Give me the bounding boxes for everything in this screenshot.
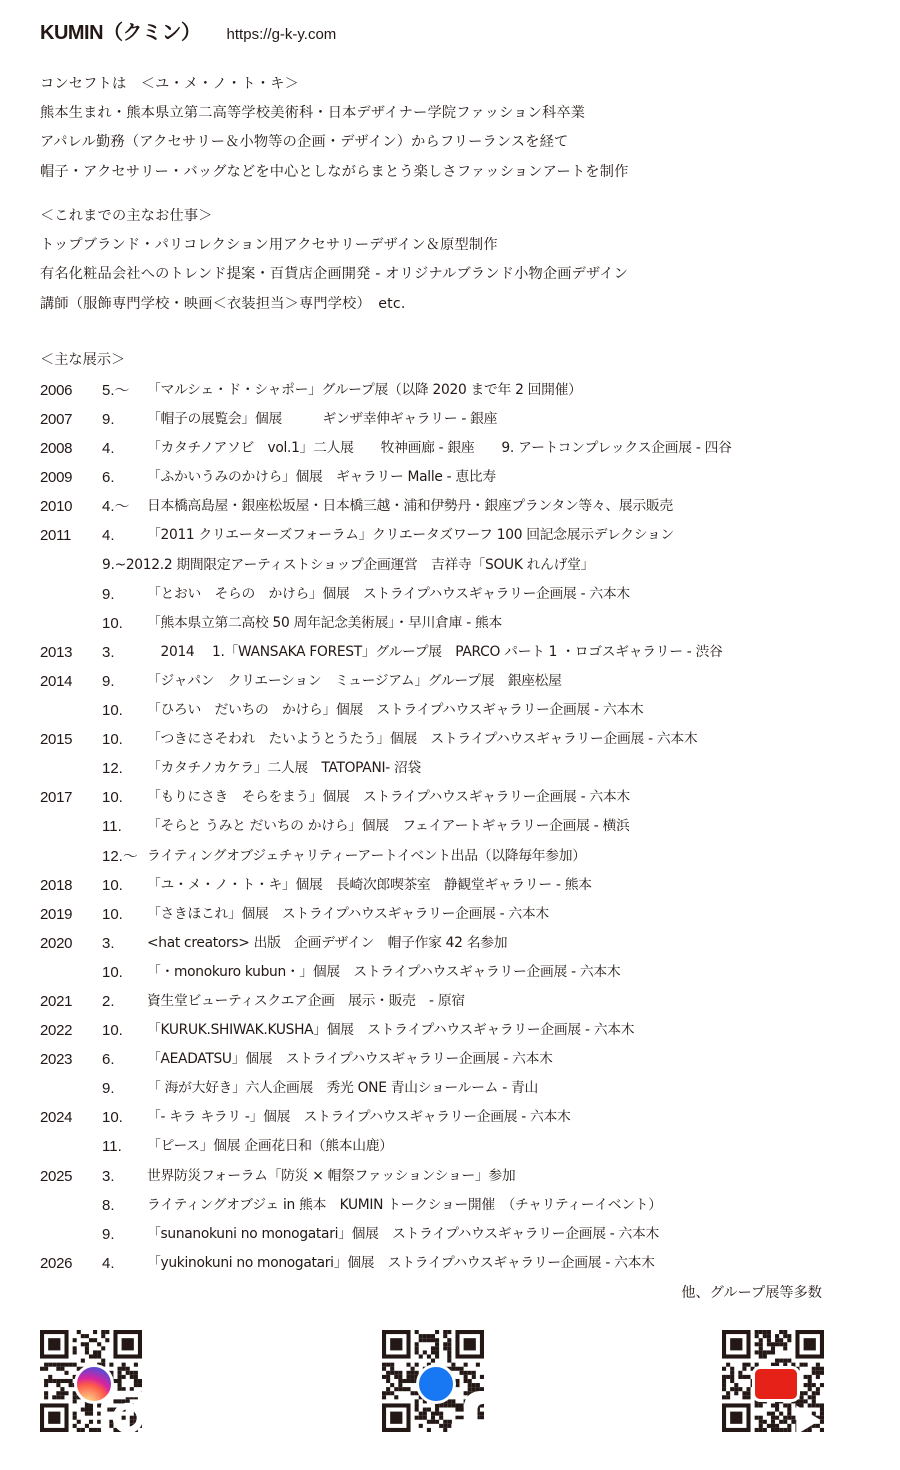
exhibition-description: 資生堂ビューティスクエア企画 展示・販売 - 原宿 bbox=[147, 987, 465, 1016]
exhibition-month: 3. bbox=[102, 929, 115, 958]
exhibition-year: 2023 bbox=[40, 1045, 72, 1074]
exhibition-description: 「そらと うみと だいちの かけら」個展 フェイアートギャラリー企画展 - 横浜 bbox=[147, 812, 629, 841]
intro-line: 帽子・アクセサリー・バッグなどを中心としながらまとう楽しさファッションアートを制… bbox=[40, 158, 628, 187]
exhibition-description: 「カタチノアソビ vol.1」二人展 牧神画廊 - 銀座 9. アートコンプレッ… bbox=[147, 434, 732, 463]
exhibition-year: 2021 bbox=[40, 987, 72, 1016]
exhibition-month: 2. bbox=[102, 987, 115, 1016]
exhibition-month: 4.～ bbox=[102, 492, 130, 521]
exhibition-description: 「ピース」個展 企画花日和（熊本山鹿） bbox=[147, 1132, 393, 1161]
works-title: ＜これまでの主なお仕事＞ bbox=[40, 202, 628, 231]
exhibition-description: 「もりにさき そらをまう」個展 ストライプハウスギャラリー企画展 - 六本木 bbox=[147, 783, 630, 812]
intro-line: アパレル勤務（アクセサリー＆小物等の企画・デザイン）からフリーランスを経て bbox=[40, 128, 628, 157]
exhibition-month: 10. bbox=[102, 1016, 123, 1045]
exhibition-month: 4. bbox=[102, 434, 115, 463]
exhibition-description: 「ふかいうみのかけら」個展 ギャラリー Malle - 恵比寿 bbox=[147, 463, 496, 492]
exhibition-description: 「カタチノカケラ」二人展 TATOPANI- 沼袋 bbox=[147, 754, 421, 783]
exhibition-description: 2014 1.「WANSAKA FOREST」グループ展 PARCO パート 1… bbox=[147, 638, 723, 667]
exhibition-month: 11. bbox=[102, 812, 122, 841]
exhibition-month: 5.～ bbox=[102, 376, 130, 405]
intro-line: 熊本生まれ・熊本県立第二高等学校美術科・日本デザイナー学院ファッション科卒業 bbox=[40, 99, 628, 128]
exhibition-year: 2010 bbox=[40, 492, 72, 521]
exhibition-description: 「とおい そらの かけら」個展 ストライプハウスギャラリー企画展 - 六本木 bbox=[147, 580, 630, 609]
exhibition-description: ライティングオブジェチャリティーアートイベント出品（以降毎年参加） bbox=[147, 842, 586, 871]
exhibition-month: 4. bbox=[102, 521, 115, 550]
footer-note: 他、グループ展等多数 bbox=[681, 1282, 822, 1302]
exhibition-year: 2026 bbox=[40, 1249, 72, 1278]
exhibition-description: 「熊本県立第二高校 50 周年記念美術展」・早川倉庫 - 熊本 bbox=[147, 609, 502, 638]
instagram-qr-code[interactable] bbox=[40, 1330, 142, 1432]
header: KUMIN（クミン） https://g-k-y.com bbox=[40, 16, 336, 45]
youtube-icon bbox=[752, 1366, 800, 1402]
exhibition-month: 11. bbox=[102, 1132, 122, 1161]
exhibition-description: 「さきほこれ」個展 ストライプハウスギャラリー企画展 - 六本木 bbox=[147, 900, 549, 929]
exhibition-description: 世界防災フォーラム「防災 × 帽祭ファッションショー」参加 bbox=[147, 1162, 515, 1191]
exhibition-description: 「ジャパン クリエーション ミュージアム」グループ展 銀座松屋 bbox=[147, 667, 562, 696]
exhibition-year: 2011 bbox=[40, 521, 71, 550]
exhibition-description: 「yukinokuni no monogatari」個展 ストライプハウスギャラ… bbox=[147, 1249, 655, 1278]
exhibition-month: 10. bbox=[102, 696, 123, 725]
exhibition-month: 8. bbox=[102, 1191, 115, 1220]
exhibition-year: 2013 bbox=[40, 638, 72, 667]
exhibition-year: 2015 bbox=[40, 725, 72, 754]
intro-line: コンセフトは ＜ユ・メ・ノ・ト・キ＞ bbox=[40, 70, 628, 99]
exhibition-month: 10. bbox=[102, 871, 123, 900]
exhibition-month: 10. bbox=[102, 783, 123, 812]
exhibition-description: ライティングオブジェ in 熊本 KUMIN トークショー開催 （チャリティーイ… bbox=[147, 1191, 662, 1220]
exhibition-description: 「帽子の展覧会」個展 ギンザ幸伸ギャラリー - 銀座 bbox=[147, 405, 497, 434]
exhibition-month: 10. bbox=[102, 958, 123, 987]
exhibition-year: 2007 bbox=[40, 405, 72, 434]
works-item: トップブランド・パリコレクション用アクセサリーデザイン＆原型制作 bbox=[40, 231, 628, 260]
exhibition-year: 2009 bbox=[40, 463, 72, 492]
works-item: 講師（服飾専門学校・映画＜衣装担当＞専門学校） etc. bbox=[40, 290, 628, 319]
exhibition-year: 2020 bbox=[40, 929, 72, 958]
exhibition-description: <hat creators> 出版 企画デザイン 帽子作家 42 名参加 bbox=[147, 929, 507, 958]
exhibition-month: 12.～ bbox=[102, 842, 138, 871]
website-url[interactable]: https://g-k-y.com bbox=[227, 26, 337, 43]
exhibition-month: 9. bbox=[102, 1074, 115, 1103]
works-item: 有名化粧品会社へのトレンド提案・百貨店企画開発 - オリジナルブランド小物企画デ… bbox=[40, 260, 628, 289]
exhibition-description: 「ユ・メ・ノ・ト・キ」個展 長崎次郎喫茶室 静観堂ギャラリー - 熊本 bbox=[147, 871, 592, 900]
exhibition-year: 2014 bbox=[40, 667, 72, 696]
exhibition-month: 6. bbox=[102, 463, 115, 492]
exhibition-month: 9. bbox=[102, 667, 115, 696]
exhibition-month: 9. bbox=[102, 405, 115, 434]
facebook-icon bbox=[416, 1364, 456, 1404]
exhibition-month: 4. bbox=[102, 1249, 115, 1278]
exhibition-month: 10. bbox=[102, 1103, 123, 1132]
exhibition-description: 「sunanokuni no monogatari」個展 ストライプハウスギャラ… bbox=[147, 1220, 659, 1249]
exhibition-description: 「・monokuro kubun・」個展 ストライプハウスギャラリー企画展 - … bbox=[147, 958, 620, 987]
exhibition-year: 2025 bbox=[40, 1162, 72, 1191]
youtube-qr-code[interactable] bbox=[722, 1330, 824, 1432]
exhibition-month: 10. bbox=[102, 609, 123, 638]
exhibition-month: 3. bbox=[102, 638, 115, 667]
exhibition-year: 2006 bbox=[40, 376, 72, 405]
exhibition-year: 2024 bbox=[40, 1103, 72, 1132]
exhibition-description: 「2011 クリエーターズフォーラム」クリエータズワーフ 100 回記念展示デレ… bbox=[147, 521, 674, 550]
exhibition-month: 9. bbox=[102, 580, 115, 609]
facebook-qr-code[interactable] bbox=[382, 1330, 484, 1432]
exhibition-month: 9. bbox=[102, 1220, 115, 1249]
exhibition-description: 「ひろい だいちの かけら」個展 ストライプハウスギャラリー企画展 - 六本木 bbox=[147, 696, 643, 725]
exhibition-year: 2008 bbox=[40, 434, 72, 463]
exhibition-month: 12. bbox=[102, 754, 123, 783]
exhibition-description: 「 海が大好き」六人企画展 秀光 ONE 青山ショールーム - 青山 bbox=[147, 1074, 538, 1103]
exhibition-description: 「KURUK.SHIWAK.KUSHA」個展 ストライプハウスギャラリー企画展 … bbox=[147, 1016, 634, 1045]
exhibition-month: 3. bbox=[102, 1162, 115, 1191]
exhibition-year: 2019 bbox=[40, 900, 72, 929]
exhibition-year: 2022 bbox=[40, 1016, 72, 1045]
exhibition-month: 6. bbox=[102, 1045, 115, 1074]
exhibition-month: 10. bbox=[102, 900, 123, 929]
exhibition-description: 「AEADATSU」個展 ストライプハウスギャラリー企画展 - 六本木 bbox=[147, 1045, 553, 1074]
intro-section: コンセフトは ＜ユ・メ・ノ・ト・キ＞ 熊本生まれ・熊本県立第二高等学校美術科・日… bbox=[40, 70, 628, 187]
exhibition-year: 2018 bbox=[40, 871, 72, 900]
exhibitions-title: ＜主な展示＞ bbox=[40, 346, 125, 375]
exhibition-description: 9.~2012.2 期間限定アーティストショップ企画運営 吉祥寺「SOUK れん… bbox=[102, 551, 594, 580]
exhibition-description: 「マルシェ・ド・シャポー」グループ展（以降 2020 まで年 2 回開催） bbox=[147, 376, 582, 405]
artist-name: KUMIN（クミン） bbox=[40, 16, 201, 45]
works-section: ＜これまでの主なお仕事＞ トップブランド・パリコレクション用アクセサリーデザイン… bbox=[40, 202, 628, 319]
exhibition-month: 10. bbox=[102, 725, 123, 754]
exhibition-description: 「つきにさそわれ たいようとうたう」個展 ストライプハウスギャラリー企画展 - … bbox=[147, 725, 697, 754]
exhibition-year: 2017 bbox=[40, 783, 72, 812]
instagram-icon bbox=[74, 1364, 114, 1404]
exhibition-description: 日本橋高島屋・銀座松坂屋・日本橋三越・浦和伊勢丹・銀座プランタン等々、展示販売 bbox=[147, 492, 673, 521]
exhibition-description: 「- キラ キラリ -」個展 ストライプハウスギャラリー企画展 - 六本木 bbox=[147, 1103, 571, 1132]
